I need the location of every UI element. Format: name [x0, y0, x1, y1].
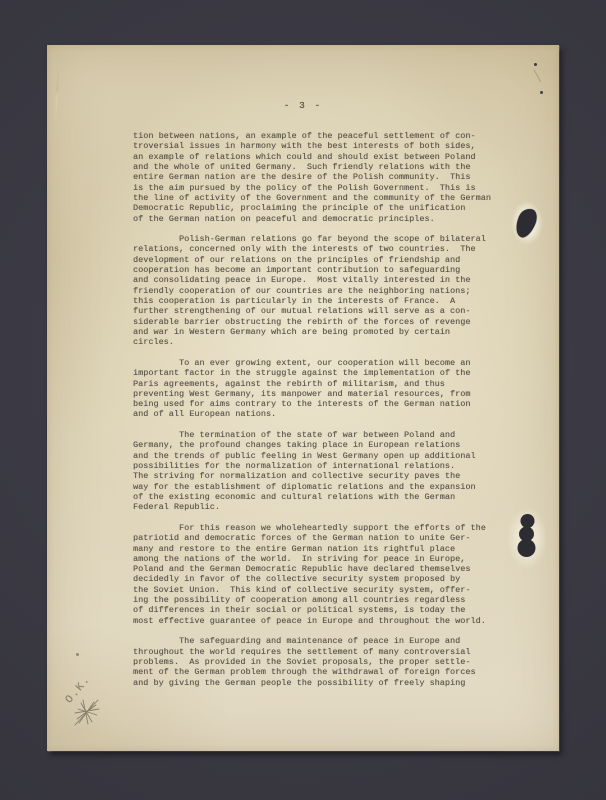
paragraph-4: The termination of the state of war betw… [133, 430, 525, 513]
edge-crease-mark [54, 65, 59, 123]
pinhole-dot-1 [534, 63, 537, 66]
pencil-dot [76, 653, 79, 656]
paragraph-1: tion between nations, an example of the … [133, 131, 525, 224]
pinhole-dot-2 [540, 91, 543, 94]
paragraph-6: The safeguarding and maintenance of peac… [133, 636, 525, 688]
ink-blot-2 [515, 513, 539, 561]
document-page: - 3 - tion between nations, an example o… [47, 45, 559, 751]
paragraph-2: Polish-German relations go far beyond th… [133, 234, 525, 347]
paragraph-5: For this reason we wholeheartedly suppor… [133, 523, 525, 626]
scan-background: - 3 - tion between nations, an example o… [0, 0, 606, 800]
pencil-scribble-mark [73, 697, 101, 727]
document-body: tion between nations, an example of the … [133, 131, 525, 688]
crease-line [534, 69, 541, 82]
page-number: - 3 - [47, 100, 559, 111]
paragraph-3: To an ever growing extent, our cooperati… [133, 358, 525, 420]
